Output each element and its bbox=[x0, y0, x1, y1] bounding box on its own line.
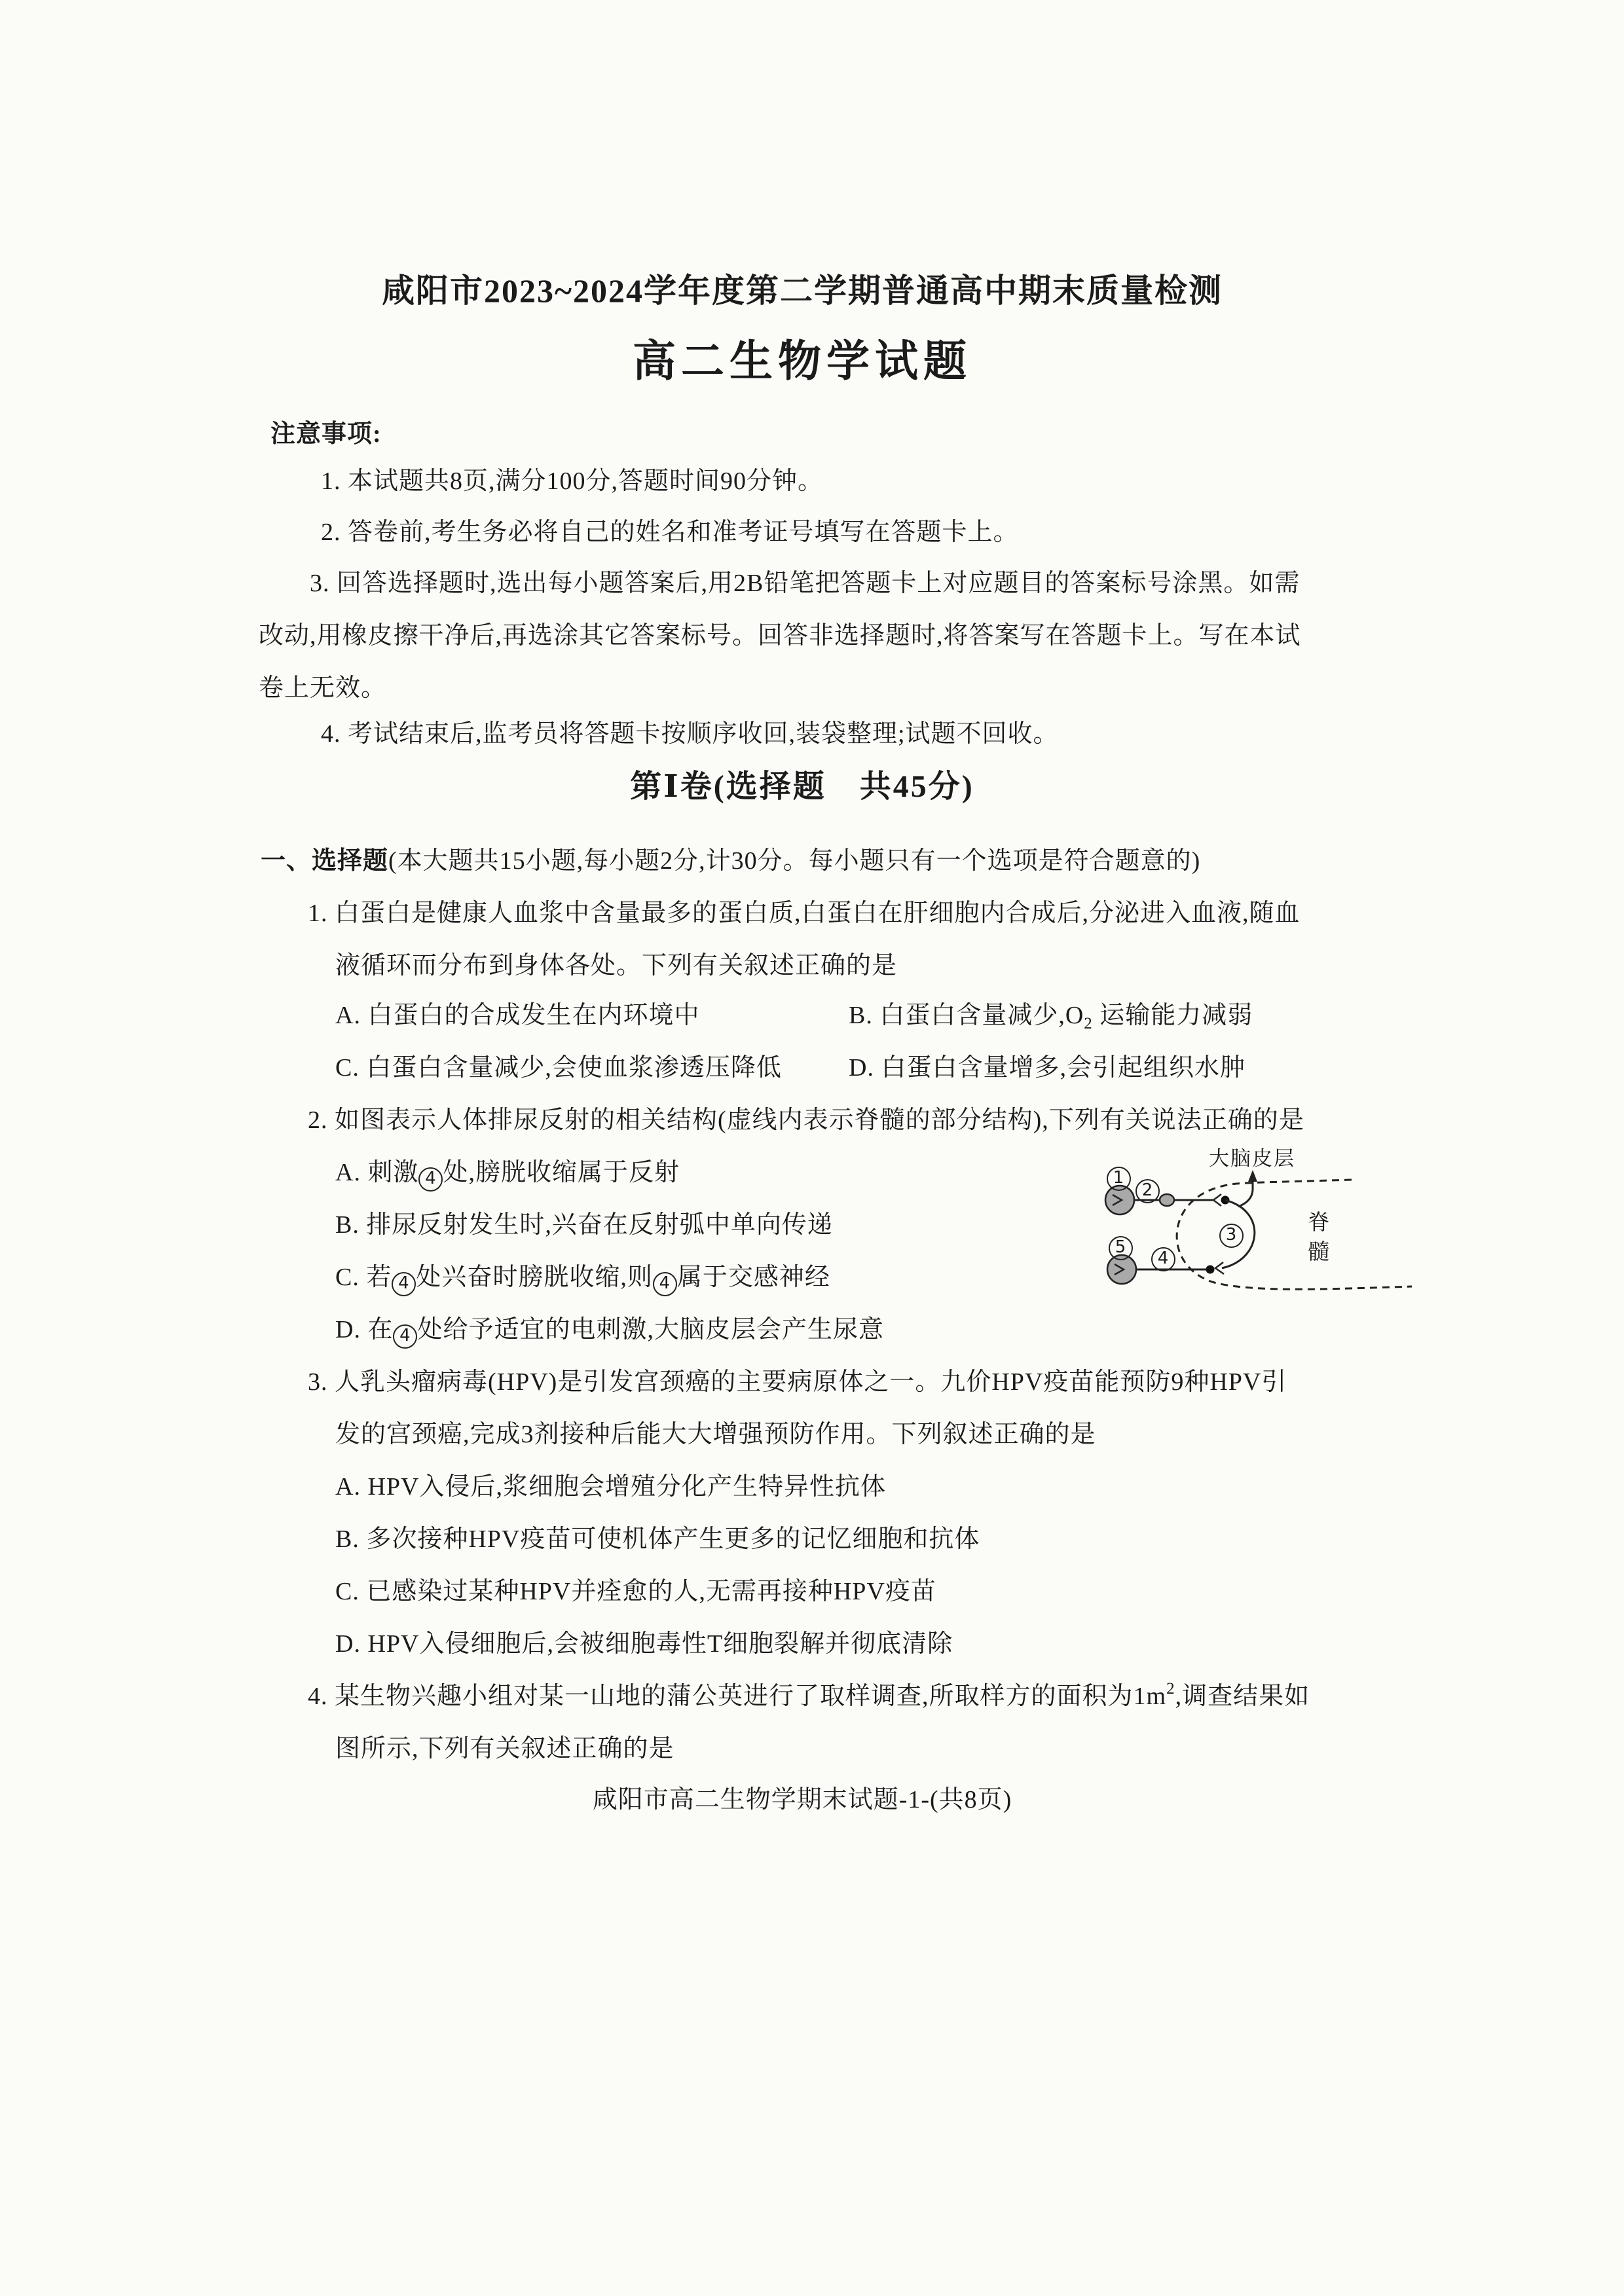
q2-option-a: A. 刺激4处,膀胱收缩属于反射 bbox=[335, 1157, 680, 1192]
notice-item-3-line-3: 卷上无效。 bbox=[259, 673, 386, 704]
q4-stem-superscript: 2 bbox=[1166, 1680, 1175, 1698]
q2-option-d: D. 在4处给予适宜的电刺激,大脑皮层会产生尿意 bbox=[335, 1315, 884, 1349]
section-1-title: 第Ⅰ卷(选择题 共45分) bbox=[259, 767, 1346, 807]
marker-1: 1 bbox=[1107, 1164, 1131, 1191]
section-1-intro: 一、选择题(本大题共15小题,每小题2分,计30分。每小题只有一个选项是符合题意… bbox=[261, 846, 1200, 877]
q3-option-a: A. HPV入侵后,浆细胞会增殖分化产生特异性抗体 bbox=[335, 1472, 886, 1503]
q1-option-b-subscript: 2 bbox=[1084, 1015, 1093, 1032]
q2-option-c: C. 若4处兴奋时膀胱收缩,则4属于交感神经 bbox=[335, 1262, 830, 1296]
notice-item-1: 1. 本试题共8页,满分100分,答题时间90分钟。 bbox=[321, 466, 823, 498]
q2-stem: 2. 如图表示人体排尿反射的相关结构(虚线内表示脊髓的部分结构),下列有关说法正… bbox=[308, 1105, 1304, 1137]
notice-heading: 注意事项: bbox=[270, 419, 382, 450]
cortex-label: 大脑皮层 bbox=[1209, 1148, 1295, 1170]
q3-option-b: B. 多次接种HPV疫苗可使机体产生更多的记忆细胞和抗体 bbox=[335, 1524, 980, 1556]
q2-option-b: B. 排尿反射发生时,兴奋在反射弧中单向传递 bbox=[335, 1210, 833, 1241]
exam-title: 咸阳市2023~2024学年度第二学期普通高中期末质量检测 bbox=[259, 270, 1346, 312]
lower-synapse-dot bbox=[1206, 1266, 1215, 1274]
notice-item-3-line-2: 改动,用橡皮擦干净后,再选涂其它答案标号。回答非选择题时,将答案写在答题卡上。写… bbox=[259, 621, 1301, 652]
q1-option-b: B. 白蛋白含量减少,O2 运输能力减弱 bbox=[849, 1000, 1253, 1032]
marker-2: 2 bbox=[1135, 1176, 1160, 1203]
q1-stem-line-1: 1. 白蛋白是健康人血浆中含量最多的蛋白质,白蛋白在肝细胞内合成后,分泌进入血液… bbox=[308, 898, 1301, 930]
afferent-terminal-fork bbox=[1213, 1194, 1221, 1206]
q1-option-a: A. 白蛋白的合成发生在内环境中 bbox=[335, 1000, 699, 1032]
q1-stem-line-2: 液循环而分布到身体各处。下列有关叙述正确的是 bbox=[335, 951, 897, 982]
q1-option-b-text: B. 白蛋白含量减少,O bbox=[849, 1002, 1084, 1029]
notice-item-2: 2. 答卷前,考生务必将自己的姓名和准考证号填写在答题卡上。 bbox=[321, 517, 1019, 549]
q1-option-d: D. 白蛋白含量增多,会引起组织水肿 bbox=[849, 1053, 1246, 1084]
q4-stem-line-2: 图所示,下列有关叙述正确的是 bbox=[335, 1734, 674, 1765]
marker-3: 3 bbox=[1219, 1221, 1244, 1248]
q3-option-d: D. HPV入侵细胞后,会被细胞毒性T细胞裂解并彻底清除 bbox=[335, 1629, 953, 1660]
marker-5: 5 bbox=[1109, 1233, 1133, 1260]
notice-item-4: 4. 考试结束后,监考员将答题卡按顺序收回,装袋整理;试题不回收。 bbox=[321, 719, 1059, 750]
q3-option-c: C. 已感染过某种HPV并痊愈的人,无需再接种HPV疫苗 bbox=[335, 1576, 936, 1608]
q4-stem-text-end: ,调查结果如 bbox=[1175, 1683, 1310, 1710]
q4-stem-text: 4. 某生物兴趣小组对某一山地的蒲公英进行了取样调查,所取样方的面积为1m bbox=[308, 1683, 1166, 1710]
up-arrowhead bbox=[1248, 1170, 1257, 1182]
q1-option-c: C. 白蛋白含量减少,会使血浆渗透压降低 bbox=[335, 1053, 782, 1084]
scanned-exam-page: { "header": { "exam_title": "咸阳市2023~202… bbox=[0, 0, 1624, 2296]
ganglion-bulge bbox=[1160, 1194, 1174, 1206]
spinal-cord-label: 脊髓 bbox=[1304, 1211, 1328, 1269]
marker-4: 4 bbox=[1151, 1245, 1175, 1271]
notice-item-3-line-1: 3. 回答选择题时,选出每小题答案后,用2B铅笔把答题卡上对应题目的答案标号涂黑… bbox=[310, 568, 1300, 600]
paper-title: 高二生物学试题 bbox=[259, 335, 1346, 390]
reflex-arc-figure: 大脑皮层 脊髓 1 2 3 4 5 bbox=[1074, 1142, 1414, 1300]
section-1-intro-lead: 一、选择题 bbox=[261, 847, 388, 875]
q3-stem-line-1: 3. 人乳头瘤病毒(HPV)是引发宫颈癌的主要病原体之一。九价HPV疫苗能预防9… bbox=[308, 1367, 1287, 1398]
section-1-intro-body: (本大题共15小题,每小题2分,计30分。每小题只有一个选项是符合题意的) bbox=[388, 847, 1200, 875]
q1-option-b-text-end: 运输能力减弱 bbox=[1093, 1002, 1253, 1029]
ascending-tract-line bbox=[1238, 1181, 1253, 1207]
exam-sheet: 咸阳市2023~2024学年度第二学期普通高中期末质量检测 高二生物学试题 注意… bbox=[259, 0, 1346, 2296]
q4-stem-line-1: 4. 某生物兴趣小组对某一山地的蒲公英进行了取样调查,所取样方的面积为1m2,调… bbox=[308, 1681, 1310, 1713]
page-footer: 咸阳市高二生物学期末试题-1-(共8页) bbox=[259, 1785, 1346, 1816]
q3-stem-line-2: 发的宫颈癌,完成3剂接种后能大大增强预防作用。下列叙述正确的是 bbox=[335, 1419, 1096, 1451]
